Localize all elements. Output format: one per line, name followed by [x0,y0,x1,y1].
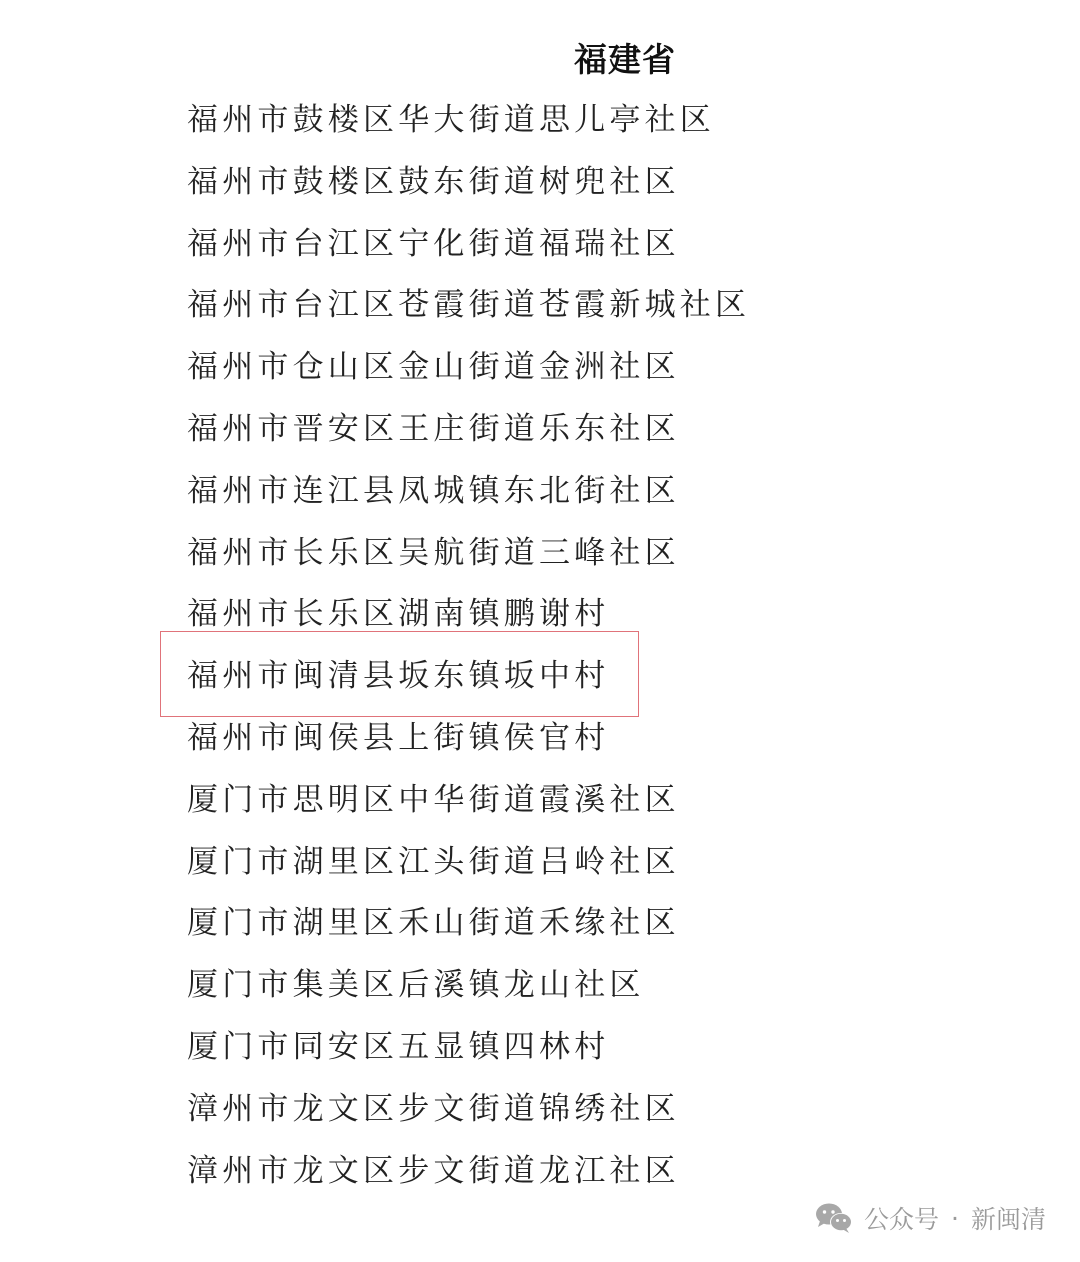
watermark-label: 公众号 [864,1200,939,1236]
list-item: 福州市闽侯县上街镇侯官村 [187,715,750,777]
list-item: 厦门市思明区中华街道霞溪社区 [187,777,750,839]
watermark: 公众号 · 新闽清 [814,1200,1046,1236]
list-item: 福州市晋安区王庄街道乐东社区 [187,406,750,468]
province-title: 福建省 [574,38,676,82]
list-item: 厦门市同安区五显镇四林村 [187,1024,750,1086]
list-item: 福州市鼓楼区鼓东街道树兜社区 [187,159,750,221]
list-item: 漳州市龙文区步文街道锦绣社区 [187,1086,750,1148]
watermark-separator: · [951,1204,959,1233]
list-item: 厦门市湖里区江头街道吕岭社区 [187,839,750,901]
wechat-icon [814,1202,854,1234]
list-item: 厦门市湖里区禾山街道禾缘社区 [187,900,750,962]
list-item: 福州市长乐区吴航街道三峰社区 [187,530,750,592]
list-item: 福州市台江区苍霞街道苍霞新城社区 [187,282,750,344]
watermark-account: 新闽清 [971,1200,1046,1236]
list-item: 福州市仓山区金山街道金洲社区 [187,344,750,406]
list-item: 厦门市集美区后溪镇龙山社区 [187,962,750,1024]
highlight-box [160,631,639,717]
list-item: 福州市鼓楼区华大街道思儿亭社区 [187,97,750,159]
list-item: 福州市台江区宁化街道福瑞社区 [187,221,750,283]
list-item: 漳州市龙文区步文街道龙江社区 [187,1148,750,1210]
list-item: 福州市连江县凤城镇东北街社区 [187,468,750,530]
